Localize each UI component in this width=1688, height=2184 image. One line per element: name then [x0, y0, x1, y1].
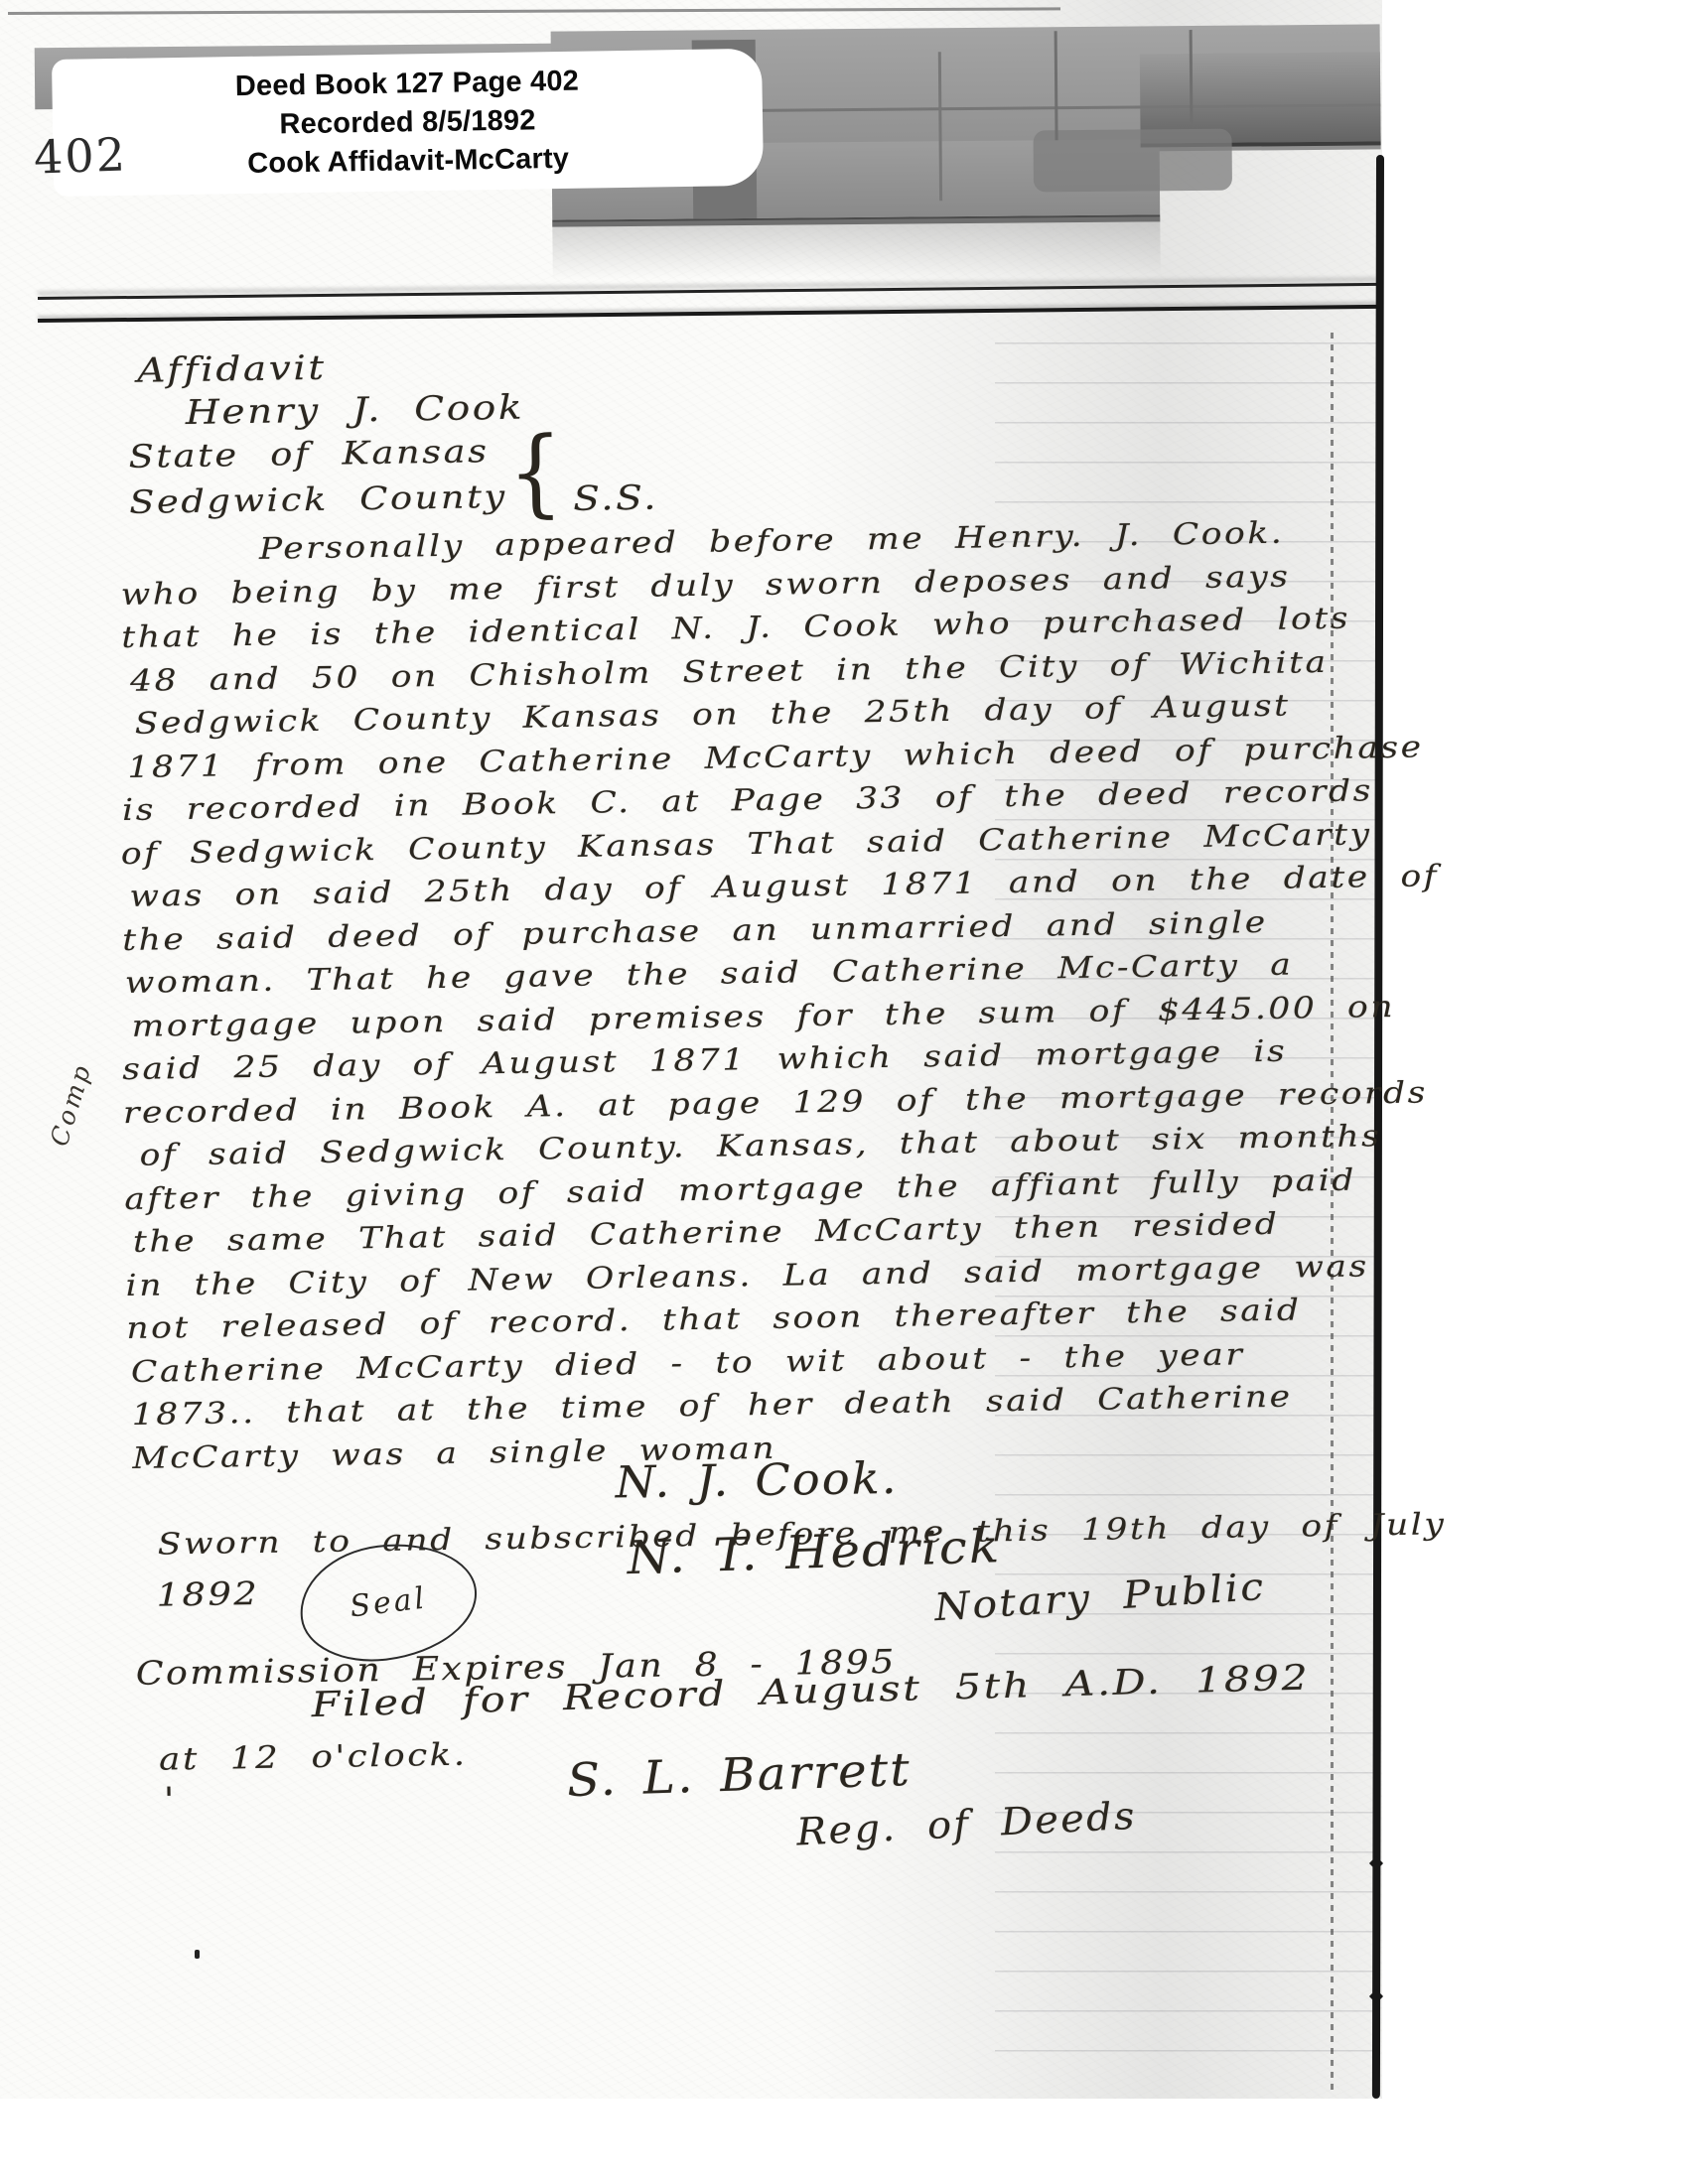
handwritten-line: the same That said Catherine McCarty the…: [133, 1207, 1280, 1260]
handwritten-line: woman. That he gave the said Catherine M…: [125, 948, 1294, 1001]
state-line: State of Kansas: [128, 432, 490, 476]
handwritten-line: Personally appeared before me Henry. J. …: [259, 516, 1285, 567]
handwritten-line: Sedgwick County Kansas on the 25th day o…: [134, 689, 1290, 742]
affiant-signature: N. J. Cook.: [615, 1453, 898, 1508]
county-line: Sedgwick County: [129, 478, 507, 521]
filing-time: at 12 o'clock.: [159, 1737, 468, 1778]
handwritten-line: 1873.. that at the time of her death sai…: [131, 1380, 1292, 1433]
register-signature: S. L. Barrett: [566, 1742, 912, 1807]
handwritten-line: not released of record. that soon therea…: [126, 1293, 1302, 1346]
seal-label: Seal: [348, 1580, 428, 1624]
document-page: Deed Book 127 Page 402 Recorded 8/5/1892…: [0, 0, 1688, 2184]
notary-title: Notary Public: [932, 1565, 1266, 1629]
margin-annotation: Comp: [45, 1059, 97, 1150]
handwritten-content: Affidavit Henry J. Cook State of Kansas …: [0, 0, 1688, 2184]
affidavit-title: Affidavit: [137, 348, 327, 391]
notary-signature: N. T. Hedrick: [627, 1519, 1002, 1584]
ss-abbreviation: S.S.: [573, 478, 658, 519]
affiant-name-heading: Henry J. Cook: [186, 388, 525, 433]
jurat-year: 1892: [156, 1574, 259, 1614]
handwritten-line: said 25 day of August 1871 which said mo…: [122, 1034, 1288, 1087]
stray-tick-mark: ': [163, 1780, 177, 1820]
register-title: Reg. of Deeds: [795, 1794, 1138, 1854]
venue-brace: {: [507, 424, 563, 520]
